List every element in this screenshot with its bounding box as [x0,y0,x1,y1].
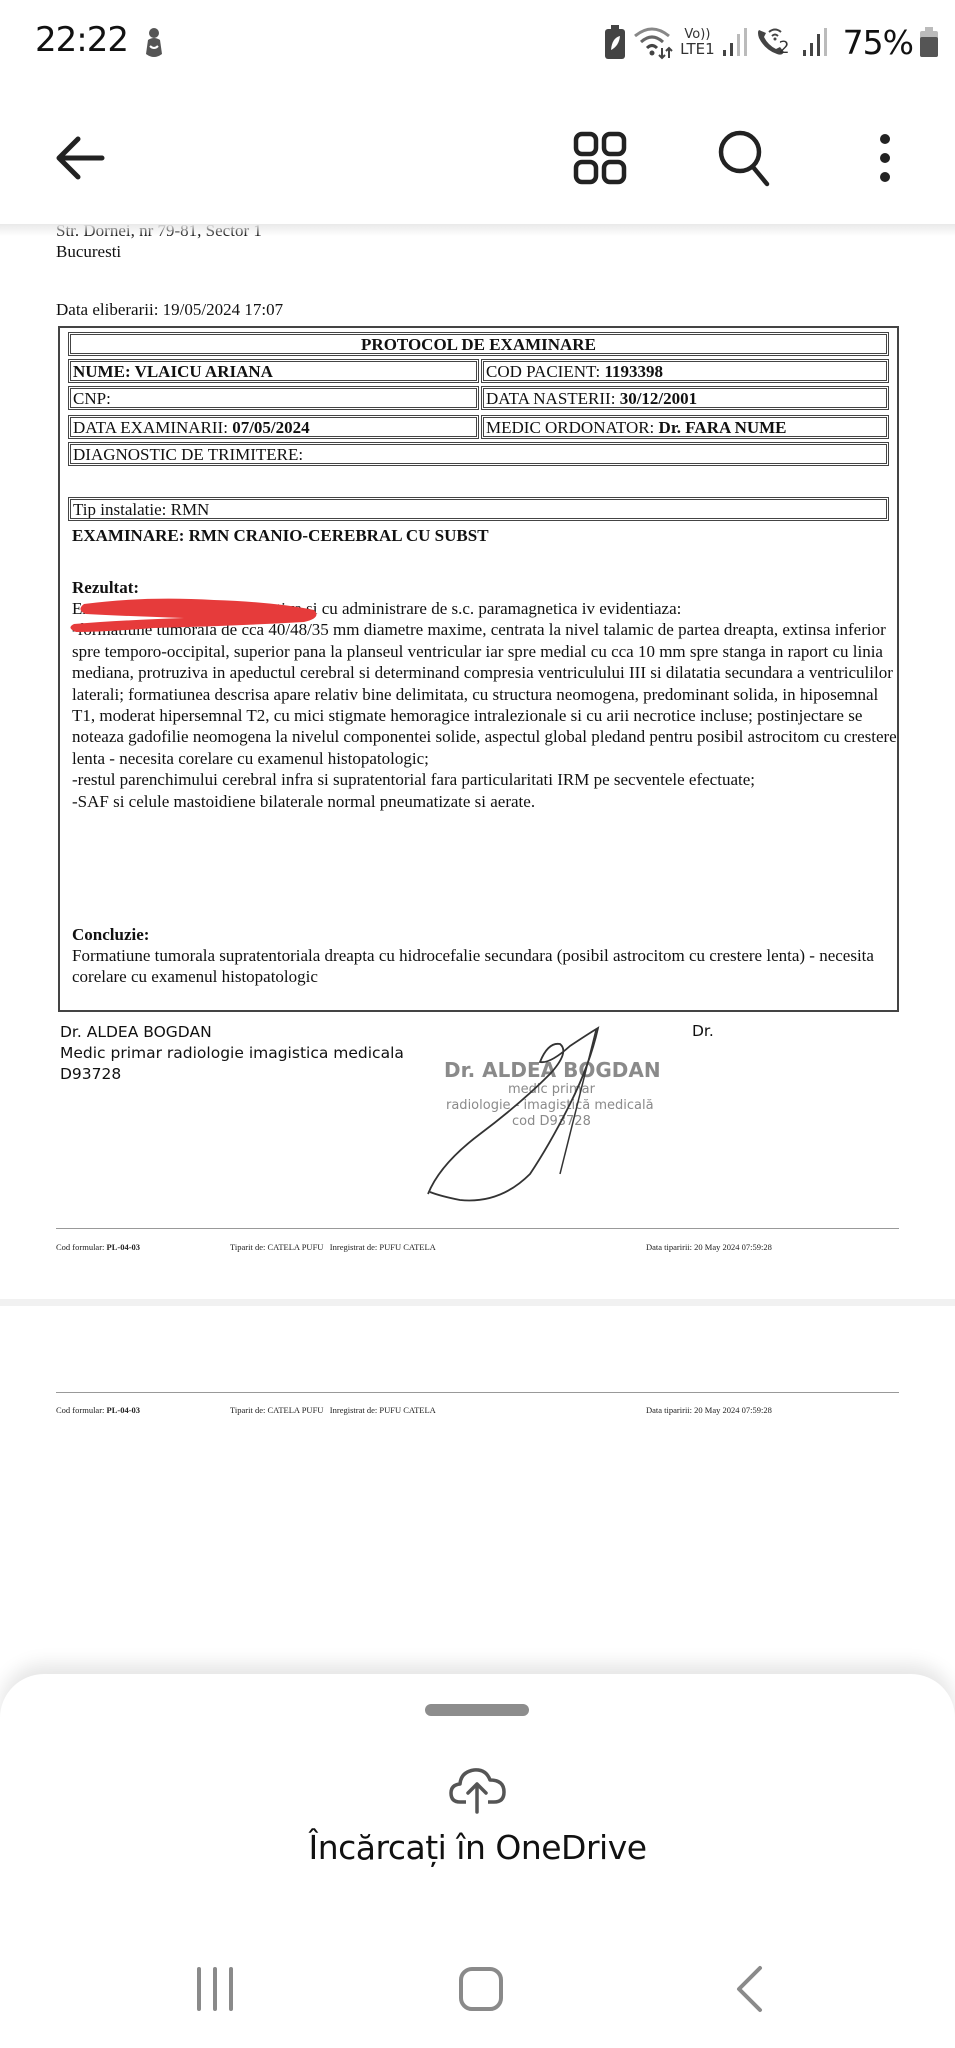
recents-button[interactable] [170,1954,260,2024]
arrow-left-icon [54,135,106,181]
search-button[interactable] [704,118,784,198]
battery-percent: 75% [843,23,913,62]
form-code-label: Cod formular: [56,1242,104,1252]
footer-divider [56,1392,899,1393]
print-date: Data tiparirii: 20 May 2024 07:59:28 [646,1242,772,1252]
signature-block: Dr. ALDEA BOGDAN Medic primar radiologie… [60,1022,404,1085]
back-button[interactable] [40,118,120,198]
form-code: Cod formular: PL-04-03 [56,1242,140,1252]
referring-doctor-value: Dr. FARA NUME [659,418,787,437]
birth-date-value: 30/12/2001 [620,389,697,408]
exam-protocol-frame: PROTOCOL DE EXAMINARE NUME: VLAICU ARIAN… [58,326,899,1012]
search-icon [717,129,771,187]
exam-date-label: DATA EXAMINARII: [73,418,228,437]
lte-label: LTE1 [680,42,714,56]
conclusion-text: Formatiune tumorala supratentoriala drea… [72,945,902,988]
recents-icon [193,1966,237,2012]
cnp-label: CNP: [73,389,111,408]
page-separator [0,1299,955,1306]
result-paragraph: -SAF si celule mastoidiene bilaterale no… [72,791,902,812]
patient-code-value: 1193398 [605,362,664,381]
referring-doctor-cell: MEDIC ORDONATOR: Dr. FARA NUME [481,415,889,439]
patient-code-cell: COD PACIENT: 1193398 [481,359,889,383]
system-back-button[interactable] [704,1954,794,2024]
app-toolbar [0,88,955,224]
referral-diagnosis-label: DIAGNOSTIC DE TRIMITERE: [73,445,303,464]
patient-name-value: VLAICU ARIANA [135,362,273,381]
patient-name-cell: NUME: VLAICU ARIANA [68,359,479,383]
doctor-code: D93728 [60,1064,404,1085]
print-date: Data tiparirii: 20 May 2024 07:59:28 [646,1405,772,1415]
redaction-mark [64,592,329,638]
protocol-title: PROTOCOL DE EXAMINARE [68,332,889,356]
result-paragraph: -restul parenchimului cerebral infra si … [72,769,902,790]
referring-doctor-label: MEDIC ORDONATOR: [486,418,654,437]
form-code: Cod formular: PL-04-03 [56,1405,140,1415]
more-vertical-icon [878,133,892,183]
battery-icon [919,26,939,58]
status-icons: Vo)) LTE1 2 75% [604,22,939,62]
printed-by: Tiparit de: CATELA PUFU Inregistrat de: … [230,1242,436,1252]
status-bar: 22:22 Vo)) LTE1 [0,0,955,88]
more-options-button[interactable] [845,118,925,198]
home-button[interactable] [436,1954,526,2024]
issue-date-value: 19/05/2024 17:07 [163,300,283,319]
patient-code-label: COD PACIENT: [486,362,600,381]
footer-divider [56,1228,899,1229]
doctor-name: Dr. ALDEA BOGDAN [60,1022,404,1043]
upload-label: Încărcați în OneDrive [308,1828,646,1867]
document-viewer[interactable]: Str. Dornei, nr 79-81, Sector 1 Bucurest… [0,224,955,1664]
status-time: 22:22 [35,20,128,60]
back-icon [734,1965,764,2013]
exam-date-cell: DATA EXAMINARII: 07/05/2024 [68,415,479,439]
second-signature-label: Dr. [692,1022,714,1040]
cloud-upload-icon [448,1764,508,1814]
birth-date-label: DATA NASTERII: [486,389,615,408]
doctor-title: Medic primar radiologie imagistica medic… [60,1043,404,1064]
battery-saver-icon [604,24,626,60]
wifi-icon [632,24,674,60]
signal-sim2-icon [801,26,829,58]
form-code-label: Cod formular: [56,1405,104,1415]
cnp-cell: CNP: [68,386,479,410]
exam-date-value: 07/05/2024 [232,418,309,437]
referral-diagnosis-cell: DIAGNOSTIC DE TRIMITERE: [68,442,889,466]
bottom-sheet: Încărcați în OneDrive [0,1674,955,1924]
signal-sim1-icon [721,26,749,58]
upload-to-onedrive-button[interactable]: Încărcați în OneDrive [0,1764,955,1914]
notification-icon [140,26,168,60]
lte1-indicator: Vo)) LTE1 [680,28,714,56]
examination-title: EXAMINARE: RMN CRANIO-CEREBRAL CU SUBST [72,526,489,546]
sheet-drag-handle[interactable] [425,1704,529,1716]
grid-icon [573,131,627,185]
conclusion-heading: Concluzie: [72,925,149,945]
sim2-label: 2 [779,38,790,58]
printed-by: Tiparit de: CATELA PUFU Inregistrat de: … [230,1405,436,1415]
result-paragraph: -formatiune tumorala de cca 40/48/35 mm … [72,619,902,769]
form-code-value: PL-04-03 [107,1242,141,1252]
toolbar-shadow [0,224,955,236]
birth-date-cell: DATA NASTERII: 30/12/2001 [481,386,889,410]
patient-name-label: NUME: [73,362,131,381]
home-icon [458,1966,504,2012]
installation-type-cell: Tip instalatie: RMN [68,497,889,521]
doctor-stamp: Dr. ALDEA BOGDAN medic primar radiologie… [420,1024,670,1214]
issue-date-label: Data eliberarii: [56,300,158,319]
issue-date: Data eliberarii: 19/05/2024 17:07 [56,300,283,320]
form-code-value: PL-04-03 [107,1405,141,1415]
wifi-calling-indicator: 2 [755,24,795,60]
address-line-2: Bucuresti [56,241,262,262]
thumbnails-button[interactable] [560,118,640,198]
system-nav-bar [0,1924,955,2048]
handwritten-signature [420,1024,670,1214]
